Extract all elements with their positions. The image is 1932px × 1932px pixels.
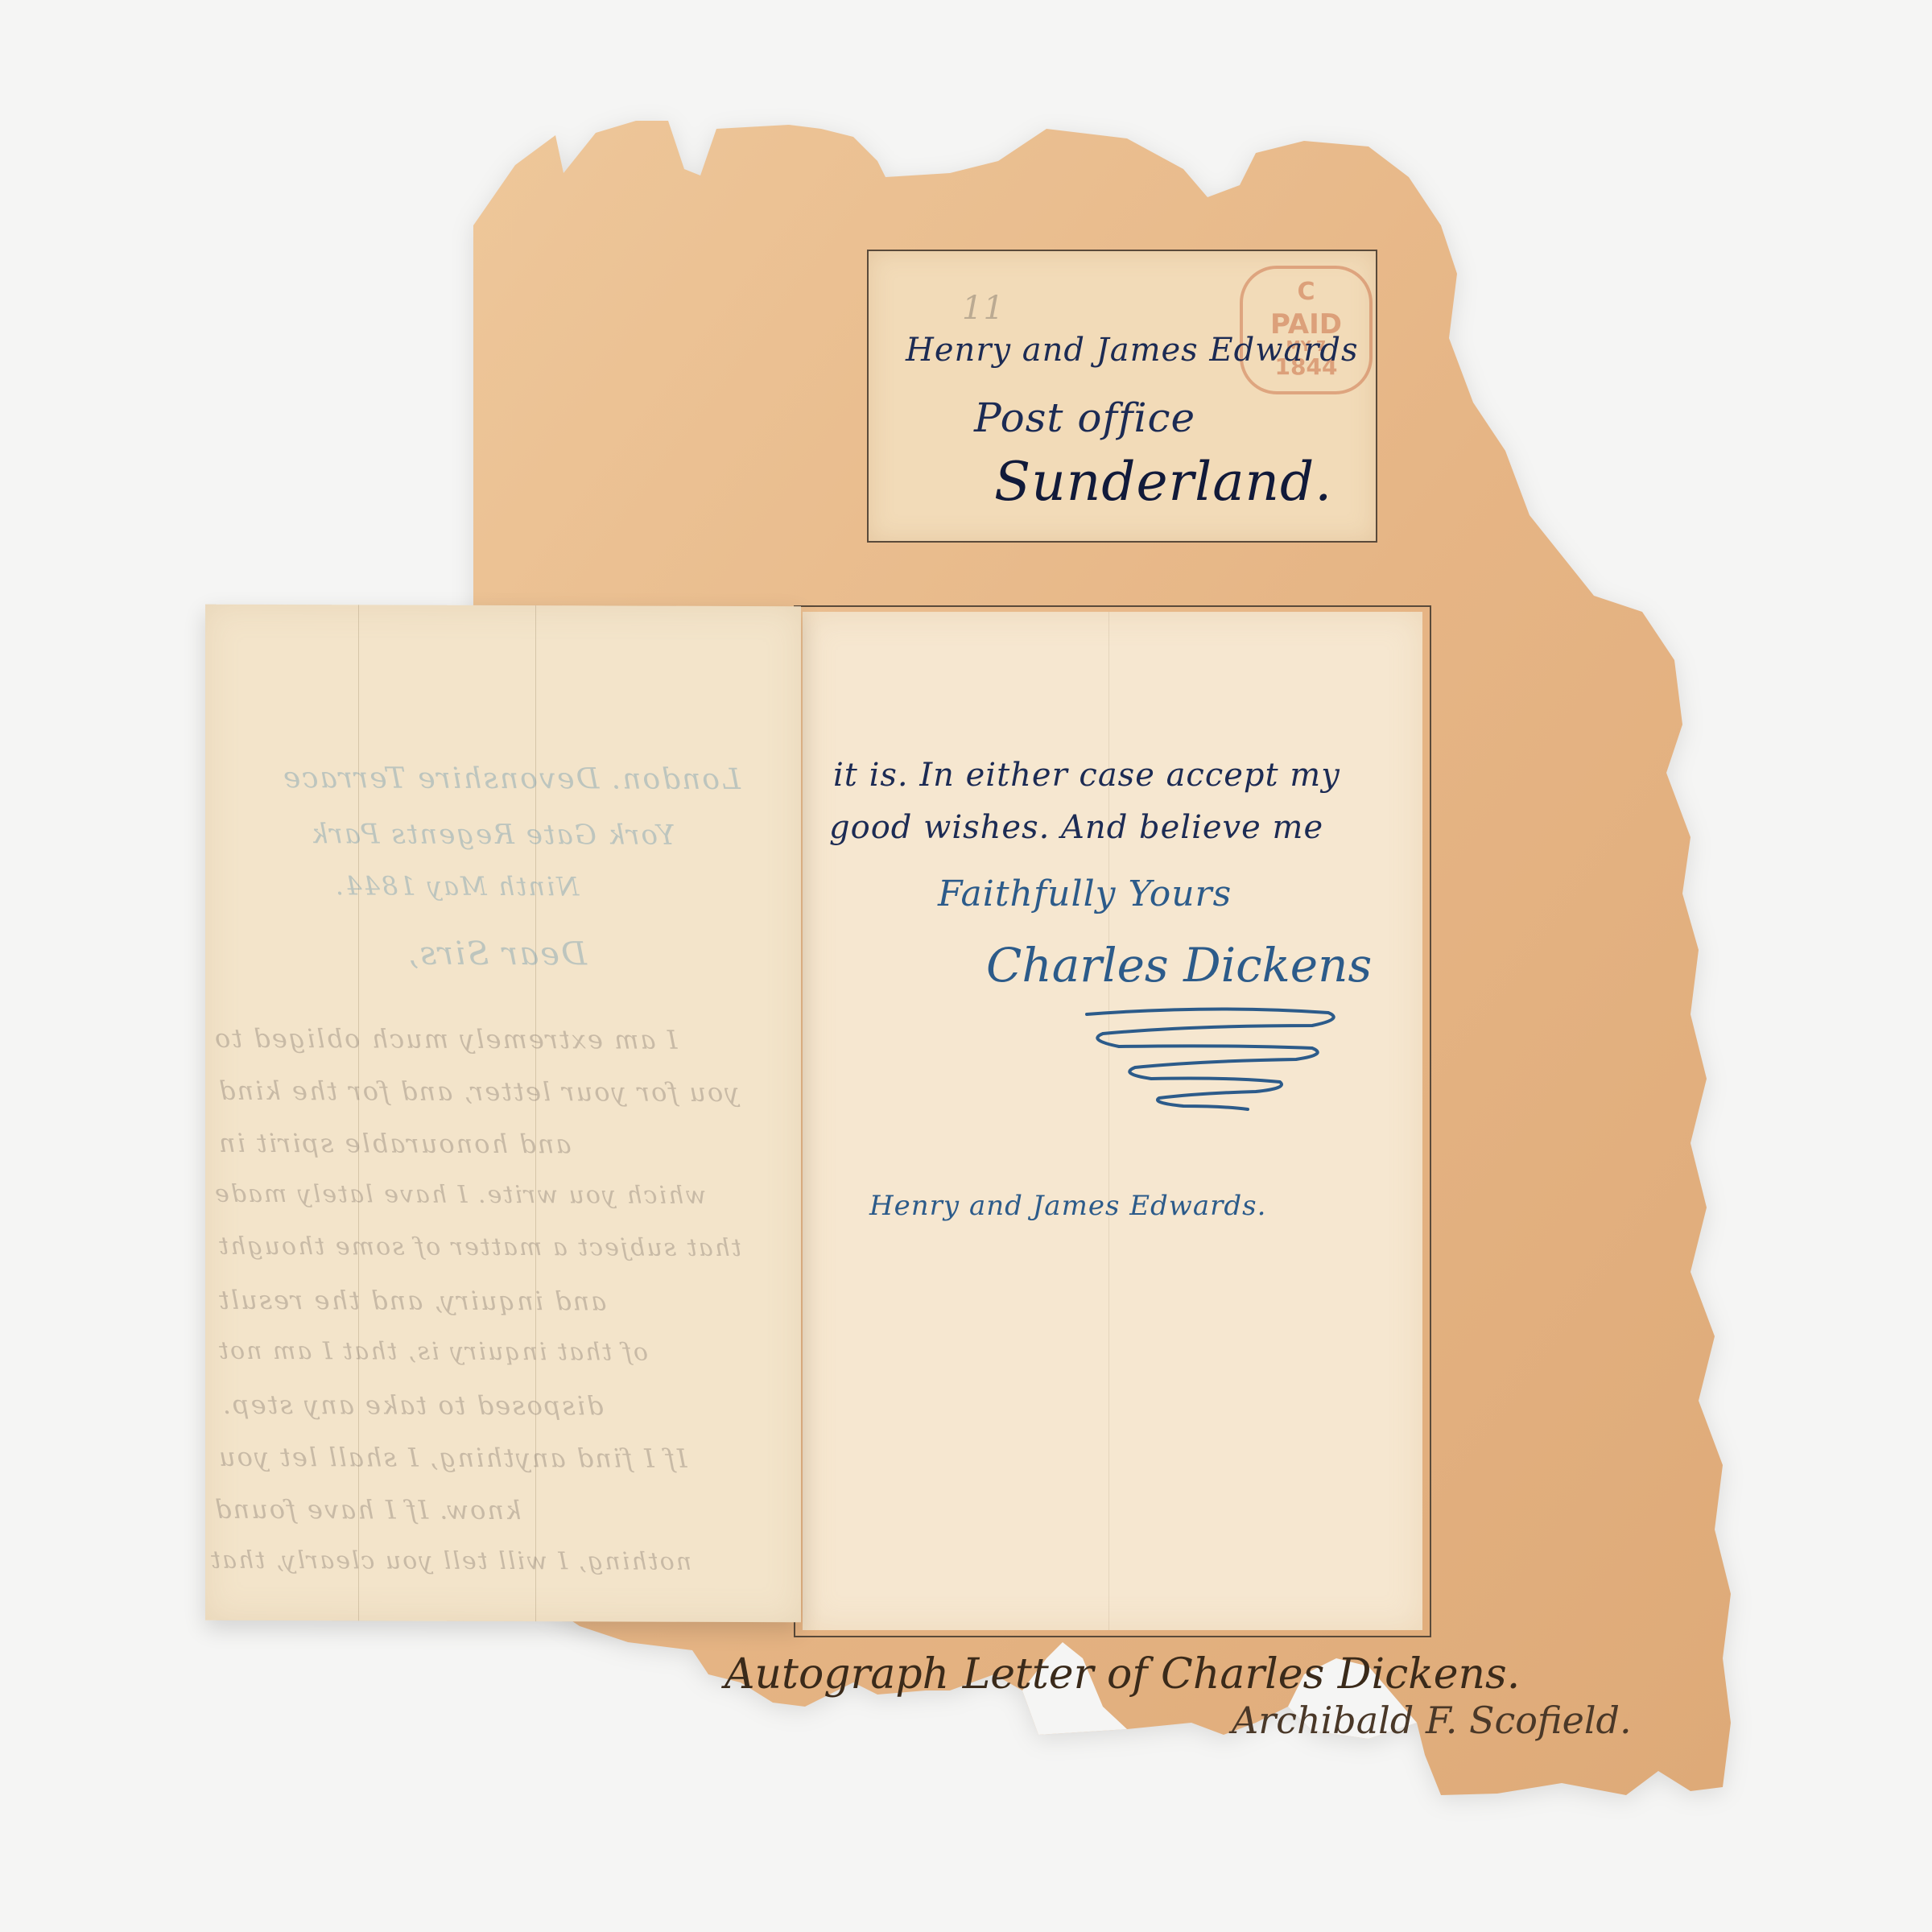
ghost-line: nothing, I will tell you clearly, that	[209, 1546, 691, 1576]
ghost-line: London. Devonshire Terrace	[282, 762, 741, 796]
letter-closing: Faithfully Yours	[938, 873, 1232, 914]
photo-backdrop: 11 C PAID MY 7 1844 Henry and James Edwa…	[0, 0, 1932, 1932]
mount-attribution: Archibald F. Scofield.	[1232, 1699, 1632, 1742]
mount-caption: Autograph Letter of Charles Dickens.	[724, 1650, 1520, 1699]
ghost-line: that subject a matter of some thought	[217, 1232, 741, 1262]
ghost-line: know. If I have found	[213, 1494, 521, 1525]
ghost-line: of that inquiry is, that I am not	[217, 1337, 648, 1367]
ghost-line: If I find anything, I shall let you	[217, 1442, 687, 1474]
ghost-line: you for your letter, and for the kind	[217, 1075, 739, 1108]
letter-page-left-reverse: London. Devonshire Terrace York Gate Reg…	[205, 605, 801, 1623]
ghost-line: York Gate Regents Park	[310, 818, 675, 852]
ghost-line: and inquiry, and the result	[217, 1285, 606, 1317]
envelope-address-line-3: Sunderland.	[994, 451, 1332, 513]
ghost-line: Ninth May 1844.	[334, 870, 579, 902]
signature: Charles Dickens	[986, 938, 1372, 993]
postmark-letter: C	[1243, 280, 1369, 304]
envelope-address-line-2: Post office	[974, 394, 1195, 441]
envelope-mark: 11	[962, 290, 1005, 327]
postmark-stamp: C PAID MY 7 1844	[1240, 266, 1373, 394]
letter-line-1: it is. In either case accept my	[833, 757, 1340, 794]
ghost-line: disposed to take any step.	[221, 1389, 603, 1422]
ghost-line: and honourable spirit in	[217, 1128, 571, 1160]
signature-flourish	[1071, 998, 1360, 1119]
ghost-line: Dear Sirs,	[407, 935, 587, 973]
ghost-line: I am extremely much obliged to	[213, 1023, 677, 1055]
letter-line-2: good wishes. And believe me	[829, 809, 1323, 846]
letter-addressee: Henry and James Edwards.	[869, 1190, 1266, 1222]
ghost-line: which you write. I have lately made	[213, 1180, 706, 1210]
envelope-address-line-1: Henry and James Edwards	[906, 332, 1359, 369]
